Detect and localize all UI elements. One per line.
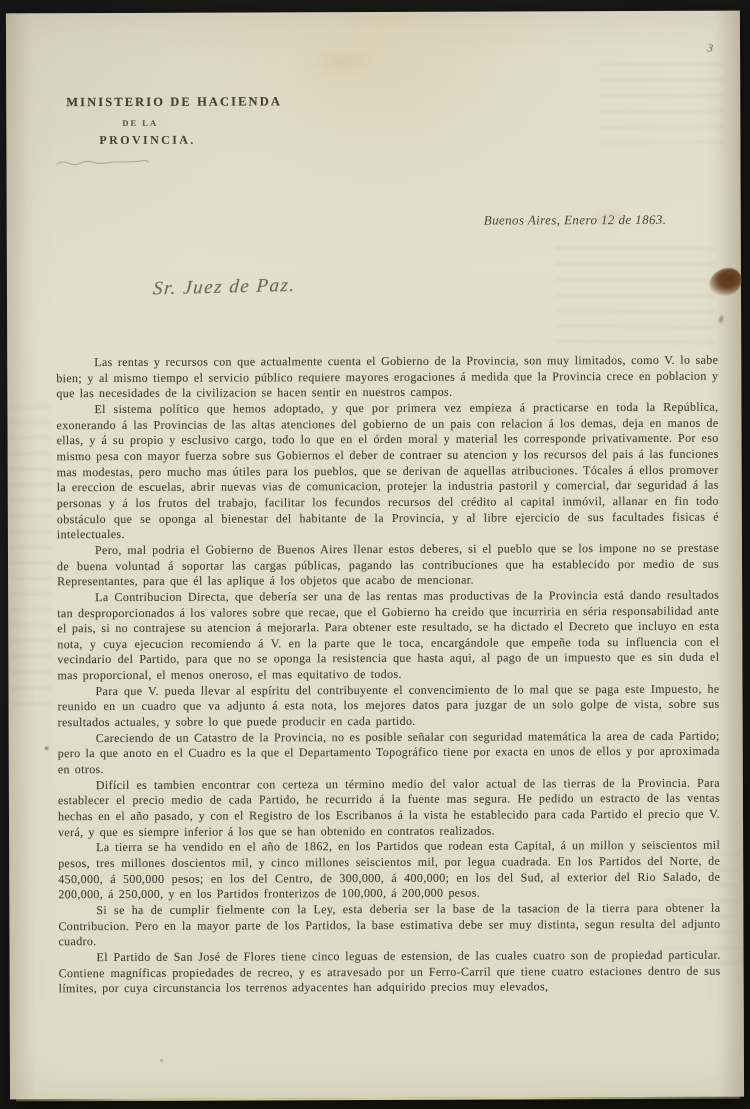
letter-paragraph: Difícil es tambien encontrar con certeza… [58, 775, 720, 840]
squiggle-rule-icon [54, 158, 150, 168]
letterhead: MINISTERIO DE HACIENDA DE LA PROVINCIA. [66, 94, 282, 148]
salutation-handwritten: Sr. Juez de Paz. [152, 275, 296, 301]
letterhead-de-la: DE LA [122, 117, 282, 128]
foxing-spot [585, 207, 631, 229]
bleedthrough-smudge [598, 63, 724, 149]
letter-paragraph: La tierra se ha vendido en el año de 186… [58, 838, 720, 903]
letter-paragraph: El sistema político que hemos adoptado, … [56, 400, 719, 543]
paper-speck [45, 746, 49, 750]
bleedthrough-smudge [555, 246, 716, 353]
ink-stain-small [717, 313, 726, 325]
letter-body: Las rentas y recursos con que actualment… [56, 353, 720, 997]
foxing-spot [302, 46, 380, 80]
letter-paragraph: Pero, mal podria el Gobierno de Buenos A… [57, 541, 719, 591]
letter-paragraph: Careciendo de un Catastro de la Provinci… [58, 728, 720, 778]
letterhead-ministry: MINISTERIO DE HACIENDA [66, 94, 282, 110]
paper-speck [160, 1059, 163, 1062]
dateline: Buenos Aires, Enero 12 de 1863. [484, 212, 667, 229]
bleedthrough-smudge [9, 405, 52, 705]
document-page: MINISTERIO DE HACIENDA DE LA PROVINCIA. … [6, 11, 744, 1100]
letter-paragraph: La Contribucion Directa, que debería ser… [57, 588, 719, 684]
letter-paragraph: Si se ha de cumplir fielmente con la Ley… [58, 901, 720, 951]
letter-paragraph: Para que V. pueda llevar al espíritu del… [57, 681, 719, 731]
photo-background: MINISTERIO DE HACIENDA DE LA PROVINCIA. … [0, 0, 750, 1109]
letter-paragraph: Las rentas y recursos con que actualment… [56, 353, 718, 403]
letter-paragraph: El Partido de San José de Flores tiene c… [59, 948, 721, 998]
page-mark-handwritten: 3 [706, 40, 714, 56]
letterhead-provincia: PROVINCIA. [99, 132, 282, 148]
